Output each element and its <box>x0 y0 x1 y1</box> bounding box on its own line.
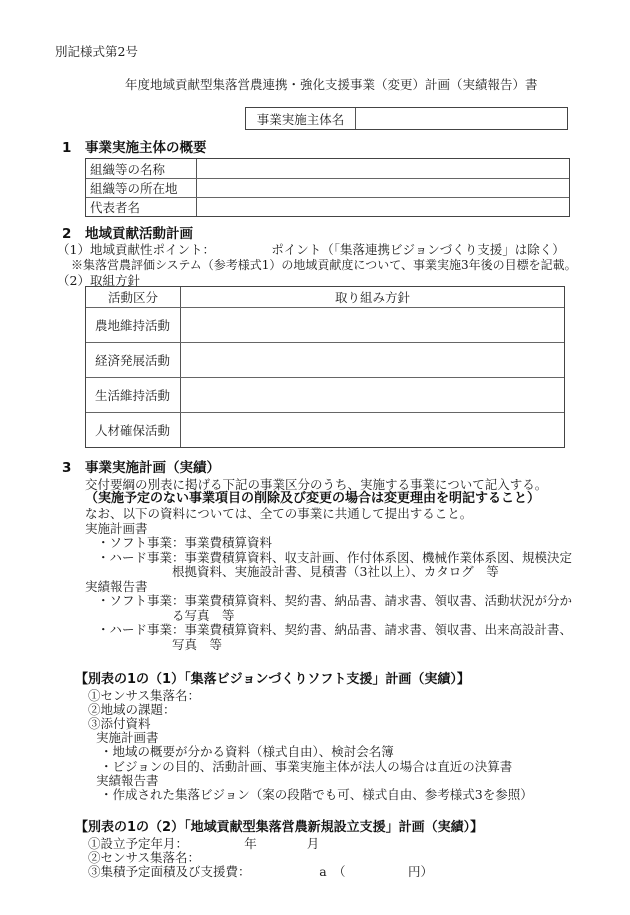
living-activity-field[interactable] <box>181 378 564 412</box>
section1-heading: 1事業実施主体の概要 <box>62 141 207 157</box>
policy-col1-header: 活動区分 <box>86 287 181 307</box>
farmland-activity-label: 農地維持活動 <box>86 308 181 342</box>
section3-bold-note: （実施予定のない事業項目の削除及び変更の場合は変更理由を明記すること） <box>85 492 540 507</box>
section3-title: 事業実施計画（実績） <box>85 460 220 476</box>
contribution-note-line: ※集落営農評価システム（参考様式1）の地域貢献度について、事業実施3年後の目標を… <box>71 259 577 273</box>
section3-line: ・ハード事業：事業費積算資料、契約書、納品書、請求書、領収書、出来高設計書、 <box>97 623 572 637</box>
economic-activity-label: 経済発展活動 <box>86 343 181 377</box>
farmland-activity-field[interactable] <box>181 308 564 342</box>
section3-number: 3 <box>62 461 85 477</box>
contribution-point-line: （1）地域貢献性ポイント： ポイント（「集落連携ビジョンづくり支援」は除く） <box>57 243 565 257</box>
appendix2-line: ③集積予定面積及び支援費： a （ 円） <box>88 865 433 879</box>
section3-line: 根拠資料、実施設計書、見積書（3社以上）、カタログ 等 <box>172 565 499 579</box>
section3-line: 写真 等 <box>172 638 222 652</box>
entity-name-label: 事業実施主体名 <box>246 108 356 129</box>
entity-overview-table: 組織等の名称 組織等の所在地 代表者名 <box>85 158 570 217</box>
org-address-field[interactable] <box>197 179 569 197</box>
section1-number: 1 <box>62 141 85 157</box>
org-name-field[interactable] <box>197 159 569 178</box>
hr-activity-field[interactable] <box>181 413 564 447</box>
section2-number: 2 <box>62 227 85 243</box>
policy-col2-header: 取り組み方針 <box>181 287 564 307</box>
section3-line: ・ソフト事業：事業費積算資料、契約書、納品書、請求書、領収書、活動状況が分か <box>97 594 572 608</box>
appendix1-heading: 【別表の1の（1）「集落ビジョンづくりソフト支援」計画（実績）】 <box>75 673 470 688</box>
representative-field[interactable] <box>197 198 569 216</box>
policy-table: 活動区分 取り組み方針 農地維持活動 経済発展活動 生活維持活動 人材確保活動 <box>85 286 565 448</box>
appendix2-heading: 【別表の1の（2）「地域貢献型集落営農新規設立支援」計画（実績）】 <box>75 821 483 836</box>
section3-line: ・ソフト事業：事業費積算資料 <box>97 536 272 550</box>
form-number: 別記様式第2号 <box>55 45 138 59</box>
section3-heading: 3事業実施計画（実績） <box>62 461 220 477</box>
section3-line: なお、以下の資料については、全ての事業に共通して提出すること。 <box>85 507 472 521</box>
page-title: 年度地域貢献型集落営農連携・強化支援事業（変更）計画（実績報告）書 <box>125 78 538 92</box>
section1-title: 事業実施主体の概要 <box>85 140 207 156</box>
appendix1-line: ・ビジョンの目的、活動計画、事業実施主体が法人の場合は直近の決算書 <box>100 760 512 774</box>
entity-name-field[interactable] <box>356 108 567 129</box>
org-address-label: 組織等の所在地 <box>86 179 197 197</box>
living-activity-label: 生活維持活動 <box>86 378 181 412</box>
appendix1-line: ・作成された集落ビジョン（案の段階でも可、様式自由、参考様式3を参照） <box>100 788 533 802</box>
org-name-label: 組織等の名称 <box>86 159 197 178</box>
section2-title: 地域貢献活動計画 <box>85 226 193 242</box>
hr-activity-label: 人材確保活動 <box>86 413 181 447</box>
economic-activity-field[interactable] <box>181 343 564 377</box>
form-page: { "page": { "form_number": "別記様式第2号", "t… <box>0 0 630 915</box>
entity-name-table: 事業実施主体名 <box>245 107 568 130</box>
section2-heading: 2地域貢献活動計画 <box>62 227 193 243</box>
representative-label: 代表者名 <box>86 198 197 216</box>
appendix1-line: ・地域の概要が分かる資料（様式自由）、検討会名簿 <box>100 745 394 759</box>
